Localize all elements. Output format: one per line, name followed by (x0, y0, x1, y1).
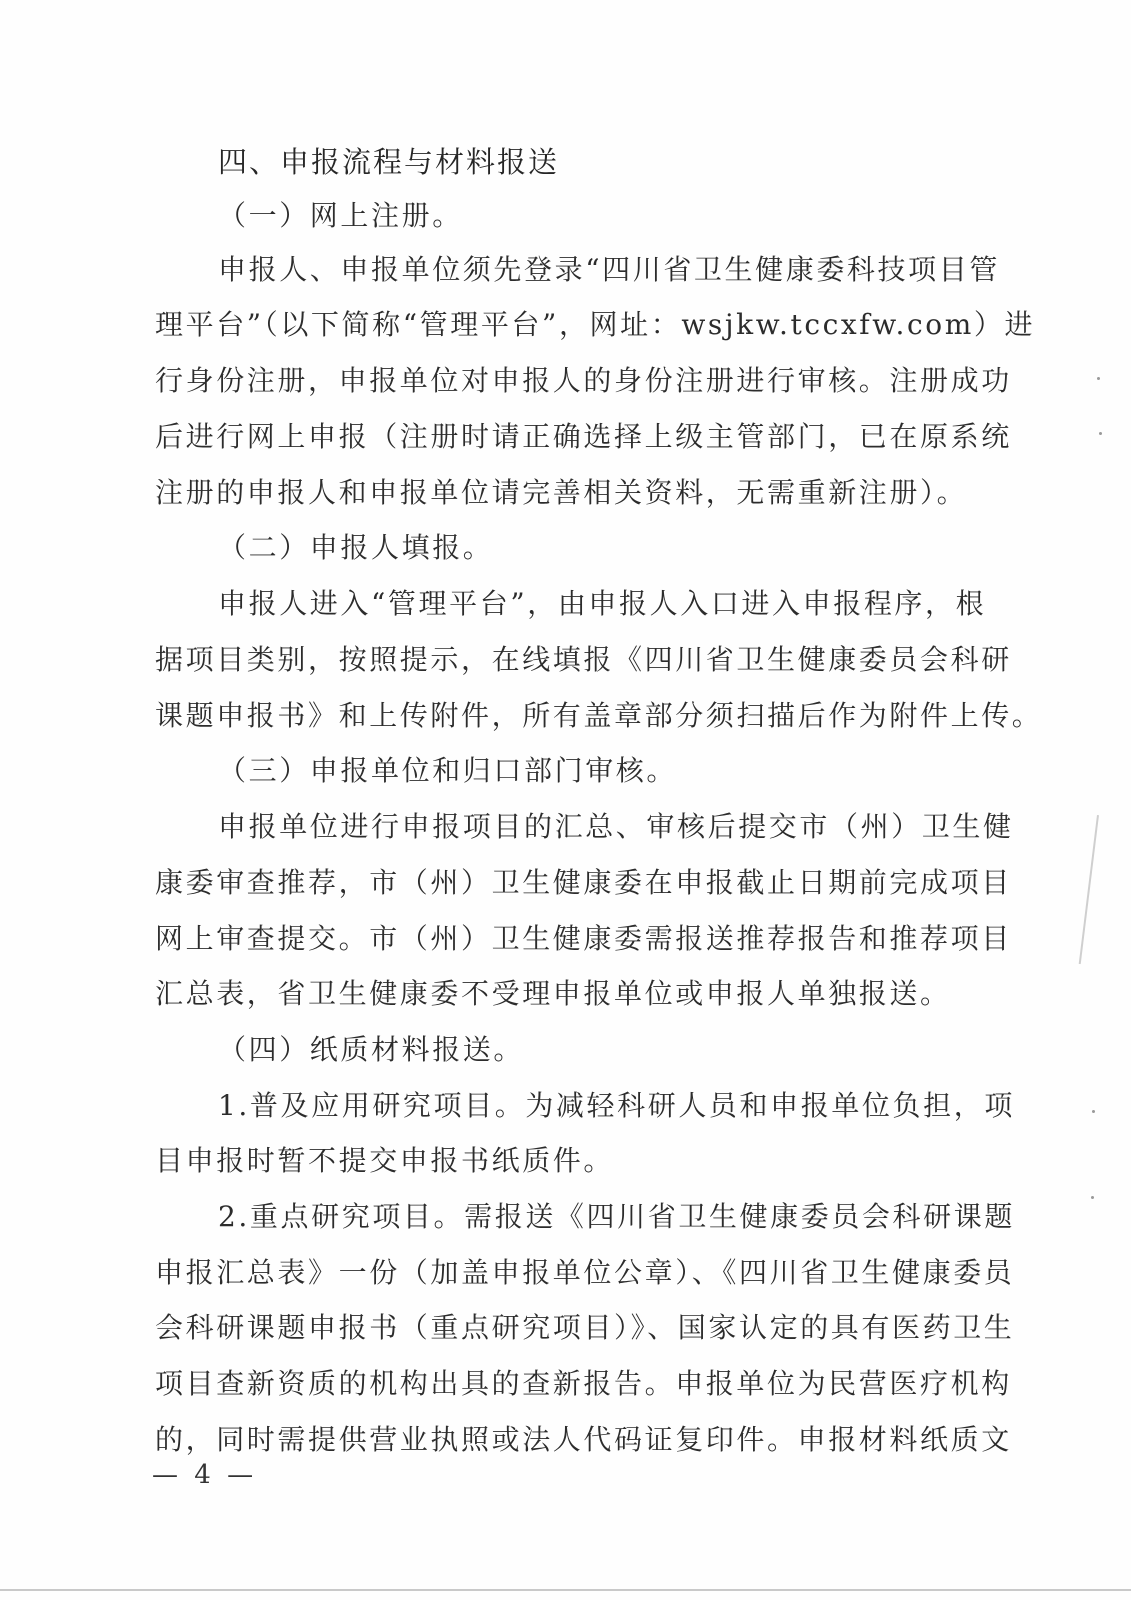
scan-speck (1097, 377, 1100, 380)
paragraph-line: 目申报时暂不提交申报书纸质件。 (155, 1141, 975, 1181)
scan-speck (1092, 1110, 1095, 1113)
section-heading: 四、申报流程与材料报送 (218, 142, 1038, 182)
paragraph-line: 申报人、申报单位须先登录“四川省卫生健康委科技项目管 (218, 250, 1038, 290)
paragraph-line: 行身份注册，申报单位对申报人的身份注册进行审核。注册成功 (155, 361, 975, 401)
paragraph-line: 后进行网上申报（注册时请正确选择上级主管部门，已在原系统 (155, 417, 975, 457)
subsection-heading-3: （三）申报单位和归口部门审核。 (218, 751, 1038, 791)
paragraph-line: 理平台”（以下简称“管理平台”，网址：wsjkw.tccxfw.com）进 (155, 305, 975, 345)
paragraph-line: 申报单位进行申报项目的汇总、审核后提交市（州）卫生健 (218, 807, 1038, 847)
paragraph-line: 注册的申报人和申报单位请完善相关资料，无需重新注册）。 (155, 473, 975, 513)
paragraph-line: 据项目类别，按照提示，在线填报《四川省卫生健康委员会科研 (155, 640, 975, 680)
paragraph-line: 课题申报书》和上传附件，所有盖章部分须扫描后作为附件上传。 (155, 696, 975, 736)
subsection-heading-4: （四）纸质材料报送。 (218, 1030, 1038, 1070)
paragraph-line: 项目查新资质的机构出具的查新报告。申报单位为民营医疗机构 (155, 1364, 975, 1404)
paragraph-line: 网上审查提交。市（州）卫生健康委需报送推荐报告和推荐项目 (155, 919, 975, 959)
scan-speck (1091, 1196, 1094, 1199)
paragraph-line: 申报人进入“管理平台”，由申报人入口进入申报程序，根 (218, 584, 1038, 624)
scan-speck (1099, 432, 1102, 435)
paragraph-line: 康委审查推荐，市（州）卫生健康委在申报截止日期前完成项目 (155, 863, 975, 903)
subsection-heading-2: （二）申报人填报。 (218, 528, 1038, 568)
page-bottom-edge (0, 1589, 1131, 1591)
paragraph-line: 会科研课题申报书（重点研究项目）》、国家认定的具有医药卫生 (155, 1308, 975, 1348)
subsection-heading-1: （一）网上注册。 (218, 196, 1038, 236)
paragraph-line: 申报汇总表》一份（加盖申报单位公章）、《四川省卫生健康委员 (155, 1253, 975, 1293)
paragraph-line: 的，同时需提供营业执照或法人代码证复印件。申报材料纸质文 (155, 1420, 975, 1460)
paragraph-line: 汇总表，省卫生健康委不受理申报单位或申报人单独报送。 (155, 974, 975, 1014)
paragraph-line: 2.重点研究项目。需报送《四川省卫生健康委员会科研课题 (218, 1197, 1038, 1237)
page-number: — 4 — (152, 1458, 257, 1492)
scan-scratch-mark (1079, 815, 1099, 964)
document-page: 四、申报流程与材料报送 （一）网上注册。 申报人、申报单位须先登录“四川省卫生健… (0, 0, 1131, 1600)
paragraph-line: 1.普及应用研究项目。为减轻科研人员和申报单位负担，项 (218, 1086, 1038, 1126)
